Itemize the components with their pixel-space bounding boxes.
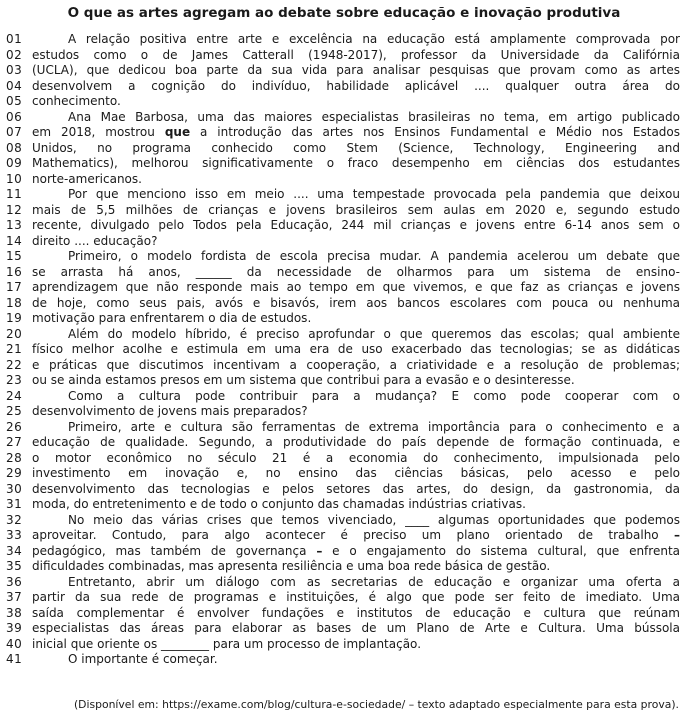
line-text: recente, divulgado pelo Todos pela Educa… (32, 218, 682, 234)
text-line: 34pedagógico, mas também de governança –… (6, 544, 682, 560)
line-number: 22 (6, 358, 32, 374)
line-number: 25 (6, 404, 32, 420)
text-line: 06Ana Mae Barbosa, uma das maiores espec… (6, 110, 682, 126)
line-text: inicial que oriente os ________ para um … (32, 637, 682, 653)
line-number: 31 (6, 497, 32, 513)
text-line: 15Primeiro, o modelo fordista de escola … (6, 249, 682, 265)
line-text: desenvolvimento das tecnologias e pelos … (32, 482, 682, 498)
line-text: aproveitar. Contudo, para algo acontecer… (32, 528, 682, 544)
line-number: 32 (6, 513, 32, 529)
line-text: A relação positiva entre arte e excelênc… (32, 32, 682, 48)
text-line: 27educação de qualidade. Segundo, a prod… (6, 435, 682, 451)
line-number: 23 (6, 373, 32, 389)
text-line: 11Por que menciono isso em meio .... uma… (6, 187, 682, 203)
document-page: O que as artes agregam ao debate sobre e… (0, 0, 687, 714)
line-text: desenvolvem a cognição do indivíduo, hab… (32, 79, 682, 95)
text-line: 04desenvolvem a cognição do indivíduo, h… (6, 79, 682, 95)
line-text: Mathematics), melhorou significativament… (32, 156, 682, 172)
text-line: 30desenvolvimento das tecnologias e pelo… (6, 482, 682, 498)
text-line: 40inicial que oriente os ________ para u… (6, 637, 682, 653)
text-line: 39especialistas das áreas para elaborar … (6, 621, 682, 637)
text-line: 22e práticas que discutimos incentivam a… (6, 358, 682, 374)
line-number: 01 (6, 32, 32, 48)
text-line: 24Como a cultura pode contribuir para a … (6, 389, 682, 405)
text-line: 03(UCLA), que dedicou boa parte da sua v… (6, 63, 682, 79)
line-text: dificuldades combinadas, mas apresenta r… (32, 559, 682, 575)
line-number: 40 (6, 637, 32, 653)
page-title: O que as artes agregam ao debate sobre e… (6, 5, 682, 22)
line-text: Além do modelo híbrido, é preciso aprofu… (32, 327, 682, 343)
line-number: 12 (6, 203, 32, 219)
line-text: pedagógico, mas também de governança – e… (32, 544, 682, 560)
line-text: investimento em inovação e, no ensino da… (32, 466, 682, 482)
line-number: 15 (6, 249, 32, 265)
text-line: 36Entretanto, abrir um diálogo com as se… (6, 575, 682, 591)
line-number: 41 (6, 652, 32, 668)
line-number: 06 (6, 110, 32, 126)
text-line: 05conhecimento. (6, 94, 682, 110)
line-text: ou se ainda estamos presos em um sistema… (32, 373, 682, 389)
line-text: em 2018, mostrou que a introdução das ar… (32, 125, 682, 141)
line-text: o motor econômico no século 21 é a econo… (32, 451, 682, 467)
line-text: Por que menciono isso em meio .... uma t… (32, 187, 682, 203)
line-number: 13 (6, 218, 32, 234)
text-line: 19motivação para enfrentarem o dia de es… (6, 311, 682, 327)
text-line: 35dificuldades combinadas, mas apresenta… (6, 559, 682, 575)
line-number: 38 (6, 606, 32, 622)
line-text: Primeiro, o modelo fordista de escola pr… (32, 249, 682, 265)
source-citation: (Disponível em: https://exame.com/blog/c… (6, 698, 682, 712)
line-number: 18 (6, 296, 32, 312)
text-line: 14direito .... educação? (6, 234, 682, 250)
line-text: motivação para enfrentarem o dia de estu… (32, 311, 682, 327)
line-number: 07 (6, 125, 32, 141)
line-number: 28 (6, 451, 32, 467)
text-line: 21físico melhor acolhe e estimula em uma… (6, 342, 682, 358)
line-text: Como a cultura pode contribuir para a mu… (32, 389, 682, 405)
text-line: 13recente, divulgado pelo Todos pela Edu… (6, 218, 682, 234)
text-line: 41O importante é começar. (6, 652, 682, 668)
line-number: 14 (6, 234, 32, 250)
line-text: No meio das várias crises que temos vive… (32, 513, 682, 529)
line-number: 35 (6, 559, 32, 575)
line-text: educação de qualidade. Segundo, a produt… (32, 435, 682, 451)
line-text: Unidos, no programa conhecido como Stem … (32, 141, 682, 157)
line-number: 08 (6, 141, 32, 157)
line-number: 05 (6, 94, 32, 110)
line-number: 02 (6, 48, 32, 64)
text-line: 32No meio das várias crises que temos vi… (6, 513, 682, 529)
line-text: desenvolvimento de jovens mais preparado… (32, 404, 682, 420)
text-line: 08Unidos, no programa conhecido como Ste… (6, 141, 682, 157)
line-number: 09 (6, 156, 32, 172)
line-text: e práticas que discutimos incentivam a c… (32, 358, 682, 374)
text-line: 25desenvolvimento de jovens mais prepara… (6, 404, 682, 420)
line-text: partir da sua rede de programas e instit… (32, 590, 682, 606)
line-text: aprendizagem que não responde mais ao te… (32, 280, 682, 296)
text-line: 37partir da sua rede de programas e inst… (6, 590, 682, 606)
text-line: 12mais de 5,5 milhões de crianças e jove… (6, 203, 682, 219)
text-line: 07em 2018, mostrou que a introdução das … (6, 125, 682, 141)
text-line: 38saída complementar é envolver fundaçõe… (6, 606, 682, 622)
line-text: moda, do entretenimento e de todo o conj… (32, 497, 682, 513)
line-text: norte-americanos. (32, 172, 682, 188)
bold-emphasis: – (674, 528, 680, 542)
line-text: (UCLA), que dedicou boa parte da sua vid… (32, 63, 682, 79)
text-line: 02estudos como o de James Catterall (194… (6, 48, 682, 64)
text-line: 10norte-americanos. (6, 172, 682, 188)
line-text: direito .... educação? (32, 234, 682, 250)
line-number: 19 (6, 311, 32, 327)
text-line: 16se arrasta há anos, ______ da necessid… (6, 265, 682, 281)
line-text: físico melhor acolhe e estimula em uma e… (32, 342, 682, 358)
text-body: 01A relação positiva entre arte e excelê… (6, 32, 682, 668)
line-text: Primeiro, arte e cultura são ferramentas… (32, 420, 682, 436)
line-number: 33 (6, 528, 32, 544)
line-number: 37 (6, 590, 32, 606)
line-number: 36 (6, 575, 32, 591)
line-number: 17 (6, 280, 32, 296)
line-number: 10 (6, 172, 32, 188)
text-line: 28o motor econômico no século 21 é a eco… (6, 451, 682, 467)
text-line: 31moda, do entretenimento e de todo o co… (6, 497, 682, 513)
line-number: 21 (6, 342, 32, 358)
text-line: 09Mathematics), melhorou significativame… (6, 156, 682, 172)
line-text: saída complementar é envolver fundações … (32, 606, 682, 622)
line-text: O importante é começar. (32, 652, 682, 668)
text-line: 26Primeiro, arte e cultura são ferrament… (6, 420, 682, 436)
line-number: 20 (6, 327, 32, 343)
line-text: mais de 5,5 milhões de crianças e jovens… (32, 203, 682, 219)
line-text: conhecimento. (32, 94, 682, 110)
line-number: 27 (6, 435, 32, 451)
bold-emphasis: que (165, 125, 190, 139)
line-text: Entretanto, abrir um diálogo com as secr… (32, 575, 682, 591)
text-line: 01A relação positiva entre arte e excelê… (6, 32, 682, 48)
line-number: 03 (6, 63, 32, 79)
line-text: Ana Mae Barbosa, uma das maiores especia… (32, 110, 682, 126)
text-line: 29investimento em inovação e, no ensino … (6, 466, 682, 482)
line-text: se arrasta há anos, ______ da necessidad… (32, 265, 682, 281)
text-line: 33aproveitar. Contudo, para algo acontec… (6, 528, 682, 544)
line-number: 26 (6, 420, 32, 436)
line-number: 39 (6, 621, 32, 637)
line-text: de hoje, como seus pais, avós e bisavós,… (32, 296, 682, 312)
line-number: 04 (6, 79, 32, 95)
line-text: estudos como o de James Catterall (1948-… (32, 48, 682, 64)
line-text: especialistas das áreas para elaborar as… (32, 621, 682, 637)
line-number: 16 (6, 265, 32, 281)
line-number: 11 (6, 187, 32, 203)
text-line: 20Além do modelo híbrido, é preciso apro… (6, 327, 682, 343)
text-line: 23ou se ainda estamos presos em um siste… (6, 373, 682, 389)
line-number: 30 (6, 482, 32, 498)
line-number: 34 (6, 544, 32, 560)
text-line: 18de hoje, como seus pais, avós e bisavó… (6, 296, 682, 312)
text-line: 17aprendizagem que não responde mais ao … (6, 280, 682, 296)
bold-emphasis: – (316, 544, 322, 558)
line-number: 24 (6, 389, 32, 405)
line-number: 29 (6, 466, 32, 482)
